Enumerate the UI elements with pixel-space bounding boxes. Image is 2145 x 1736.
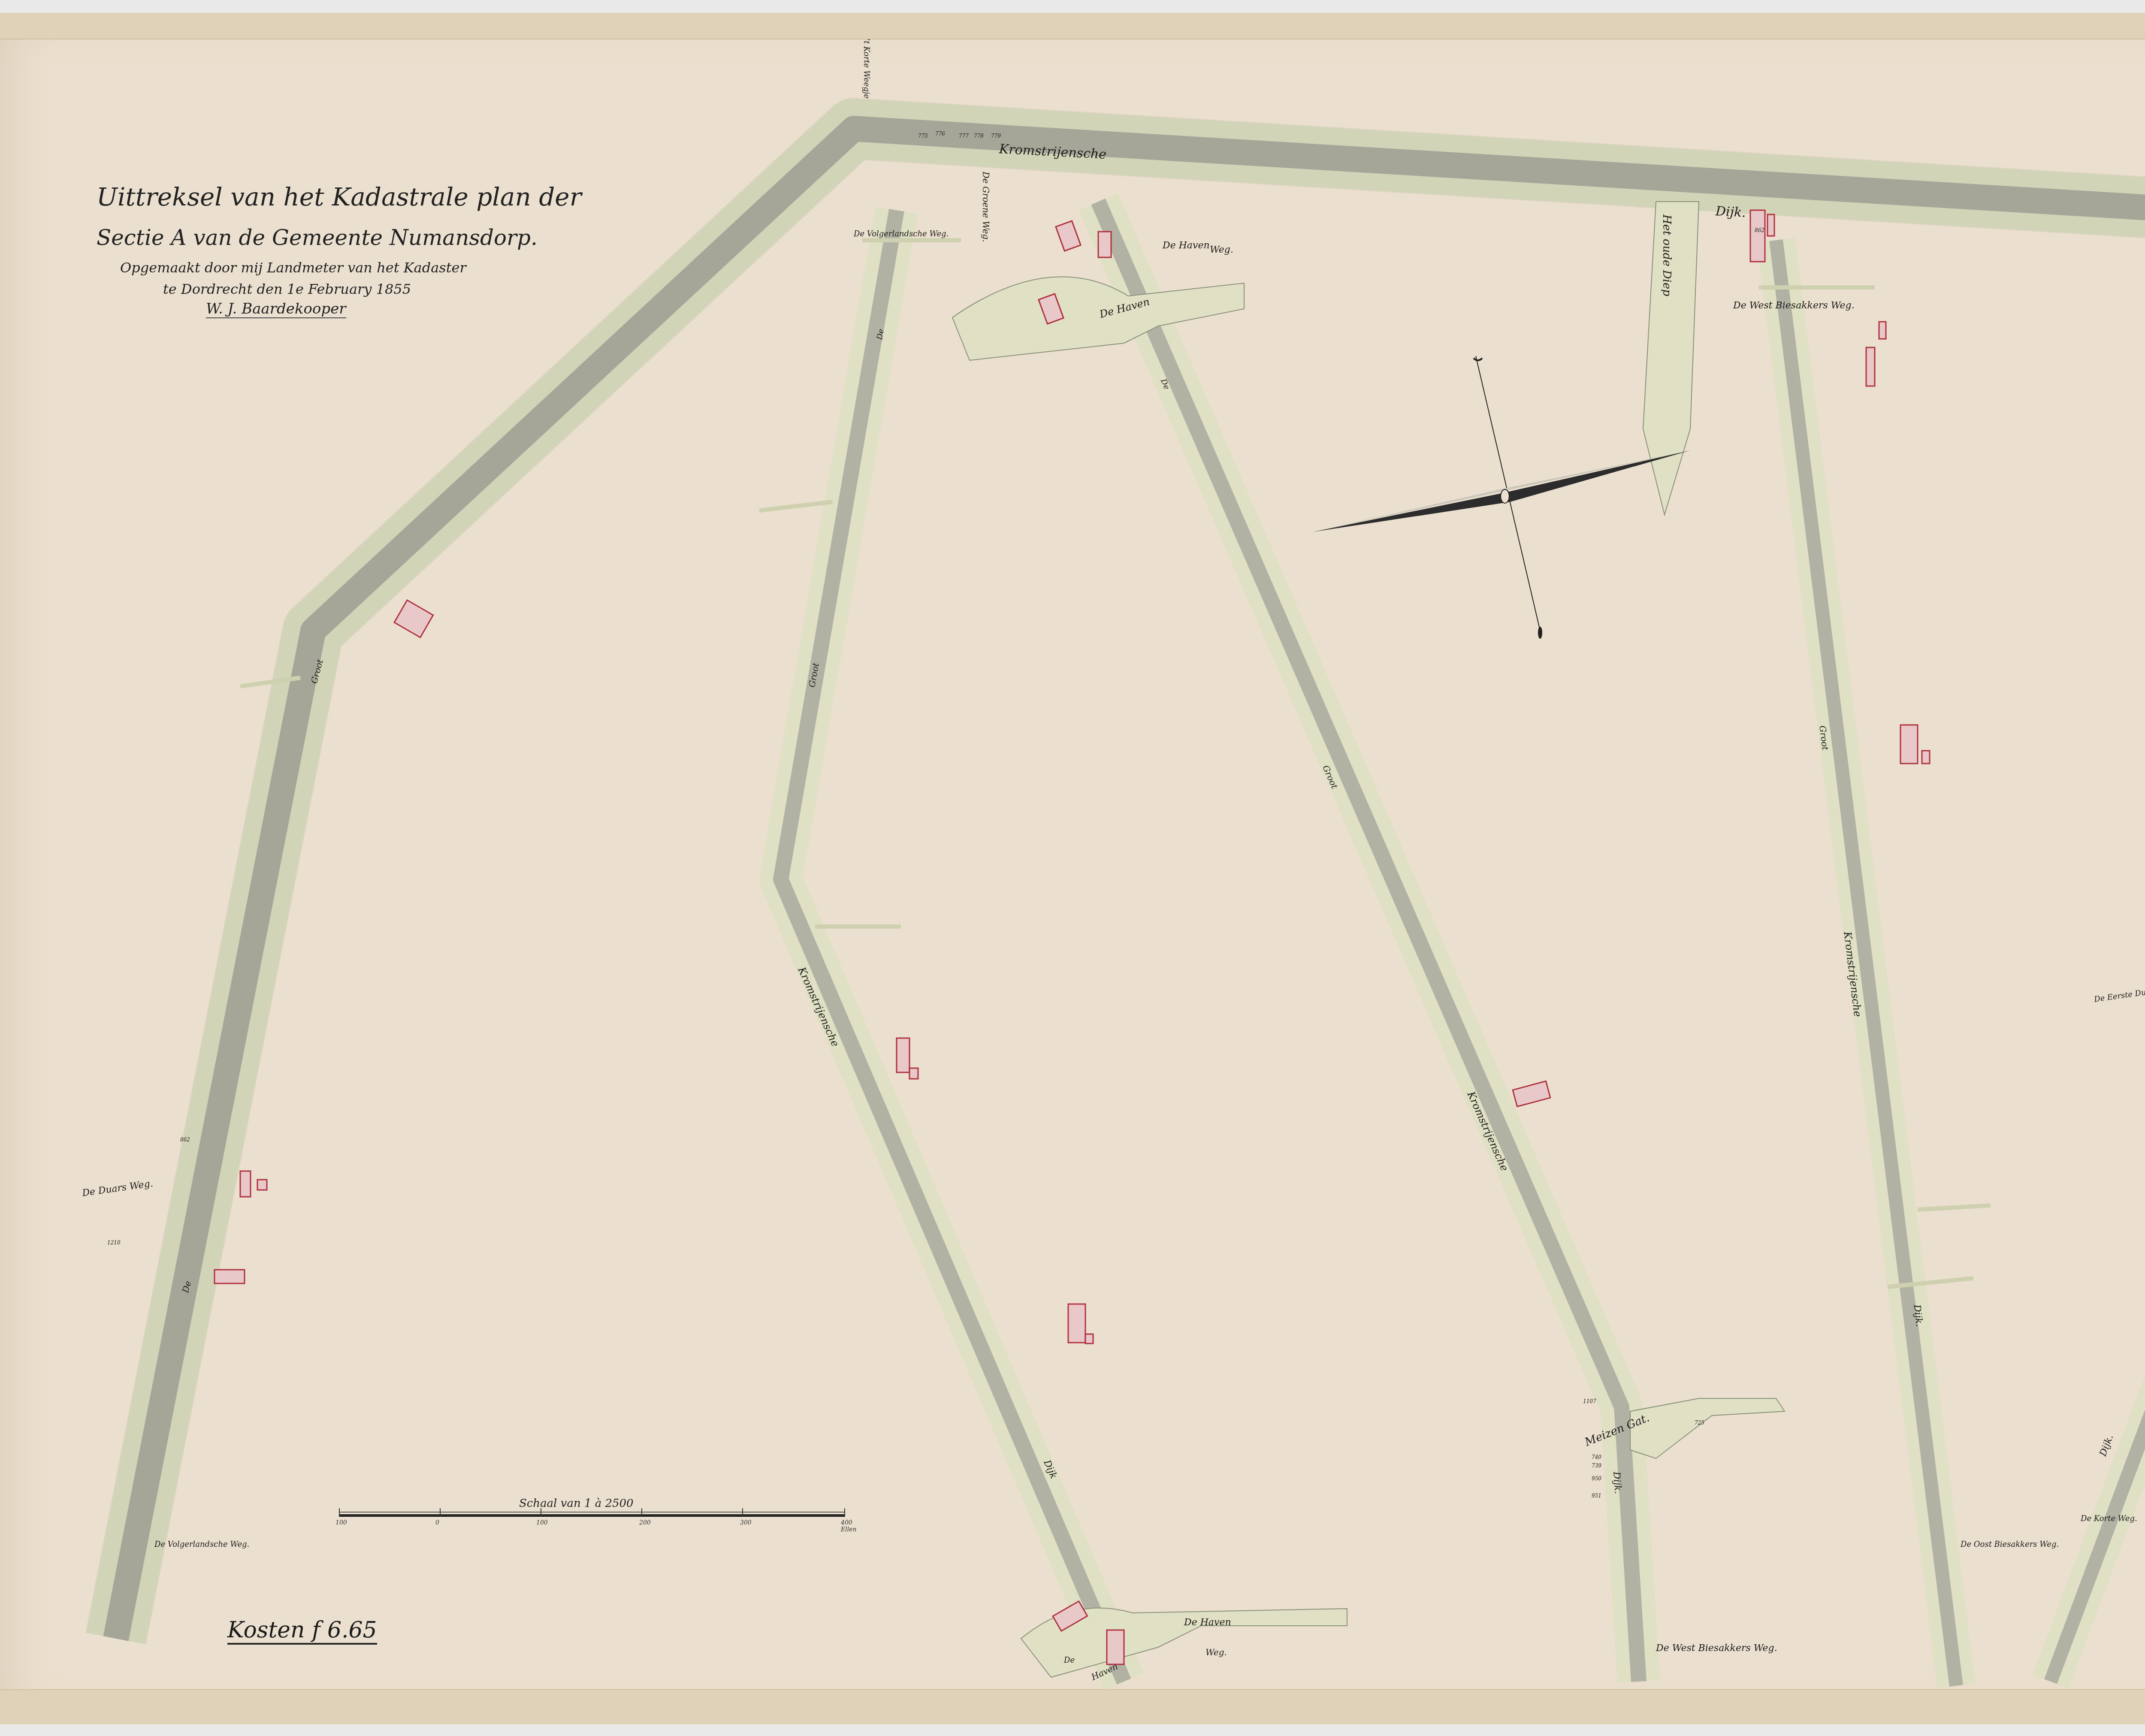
label-haven-top-1: De Haven — [1163, 240, 1210, 251]
parcel-number: 779 — [991, 133, 1001, 139]
parcel-number: 739 — [1592, 1463, 1601, 1469]
scale-tick-label: 0 — [435, 1519, 439, 1526]
scale-title: Schaal van 1 à 2500 — [519, 1497, 634, 1510]
label-oost-biesakkers-bottom: De Oost Biesakkers Weg. — [1961, 1540, 2059, 1549]
title-line-3: Opgemaakt door mij Landmeter van het Kad… — [120, 260, 466, 276]
title-line-2: Sectie A van de Gemeente Numansdorp. — [97, 225, 538, 250]
parcel-number: 862 — [1755, 227, 1764, 233]
label-korte-weegje: 't Korte Weegje — [862, 39, 871, 99]
dike-5 — [2051, 240, 2145, 1682]
label-groene-weg: De Groene Weg. — [981, 172, 991, 242]
label-de-mid: De — [875, 328, 886, 340]
parcel-number: 778 — [974, 133, 984, 139]
parcel-number: 950 — [1592, 1476, 1601, 1482]
scale-tick — [742, 1508, 743, 1517]
parcel-number: 1107 — [1583, 1398, 1596, 1404]
label-west-biesakkers-top: De West Biesakkers Weg. — [1733, 300, 1855, 311]
parcel-number: 1210 — [107, 1240, 121, 1246]
scale-tick-label: 400 Ellen — [841, 1519, 856, 1533]
parcel-number: 740 — [1592, 1454, 1601, 1460]
label-oude-diep: Het oude Diep — [1660, 214, 1673, 296]
label-de-bottom: De — [1064, 1656, 1075, 1665]
title-line-1: Uittreksel van het Kadastrale plan der — [97, 182, 581, 211]
scale-tick — [641, 1508, 642, 1517]
haven-top — [952, 277, 1244, 360]
parcel-number: 777 — [959, 133, 969, 139]
label-haven-top-weg: Weg. — [1210, 245, 1233, 255]
scale-tick-label: 100 — [536, 1519, 548, 1526]
scale-tick-label: 300 — [740, 1519, 752, 1526]
label-korte-weg-bottom: De Korte Weg. — [2081, 1514, 2137, 1523]
parcel-number: 862 — [180, 1137, 190, 1143]
dike-2 — [781, 210, 1124, 1682]
label-haven-bottom-1: De Haven — [1184, 1617, 1231, 1628]
scale-tick-label: 100 — [335, 1519, 347, 1526]
scale-tick — [339, 1508, 340, 1517]
parcel-number: 951 — [1592, 1493, 1601, 1499]
scale-tick-label: 200 — [639, 1519, 651, 1526]
label-haven-bottom-weg: Weg. — [1205, 1647, 1227, 1658]
label-west-biesakkers-bottom: De West Biesakkers Weg. — [1656, 1643, 1777, 1654]
title-line-4: te Dordrecht den 1e February 1855 — [163, 281, 411, 297]
parcel-number: 725 — [1695, 1420, 1704, 1426]
label-volgerlandsche-bottom: De Volgerlandsche Weg. — [154, 1540, 249, 1549]
scale-tick — [844, 1508, 845, 1517]
cost-note: Kosten f 6.65 — [227, 1617, 377, 1645]
surveyor-signature: W. J. Baardekooper — [206, 300, 346, 318]
dike-3 — [1098, 202, 1639, 1682]
scale-bar-thick — [339, 1514, 845, 1517]
parcel-number: 776 — [935, 131, 945, 137]
label-dijk-top: Dijk. — [1715, 204, 1746, 220]
map-sheet: Uittreksel van het Kadastrale plan der S… — [0, 13, 2145, 1724]
scale-tick — [440, 1508, 441, 1517]
scale-bar-line — [339, 1512, 845, 1513]
north-arrow-icon — [1313, 356, 1690, 639]
scale-tick — [541, 1508, 541, 1517]
meizen-gat — [1630, 1398, 1785, 1458]
dike-4 — [1776, 240, 1956, 1686]
label-volgerlandsche-top: De Volgerlandsche Weg. — [854, 229, 949, 239]
label-dijk-center: Dijk. — [1611, 1471, 1623, 1494]
parcel-number: 775 — [918, 133, 928, 139]
